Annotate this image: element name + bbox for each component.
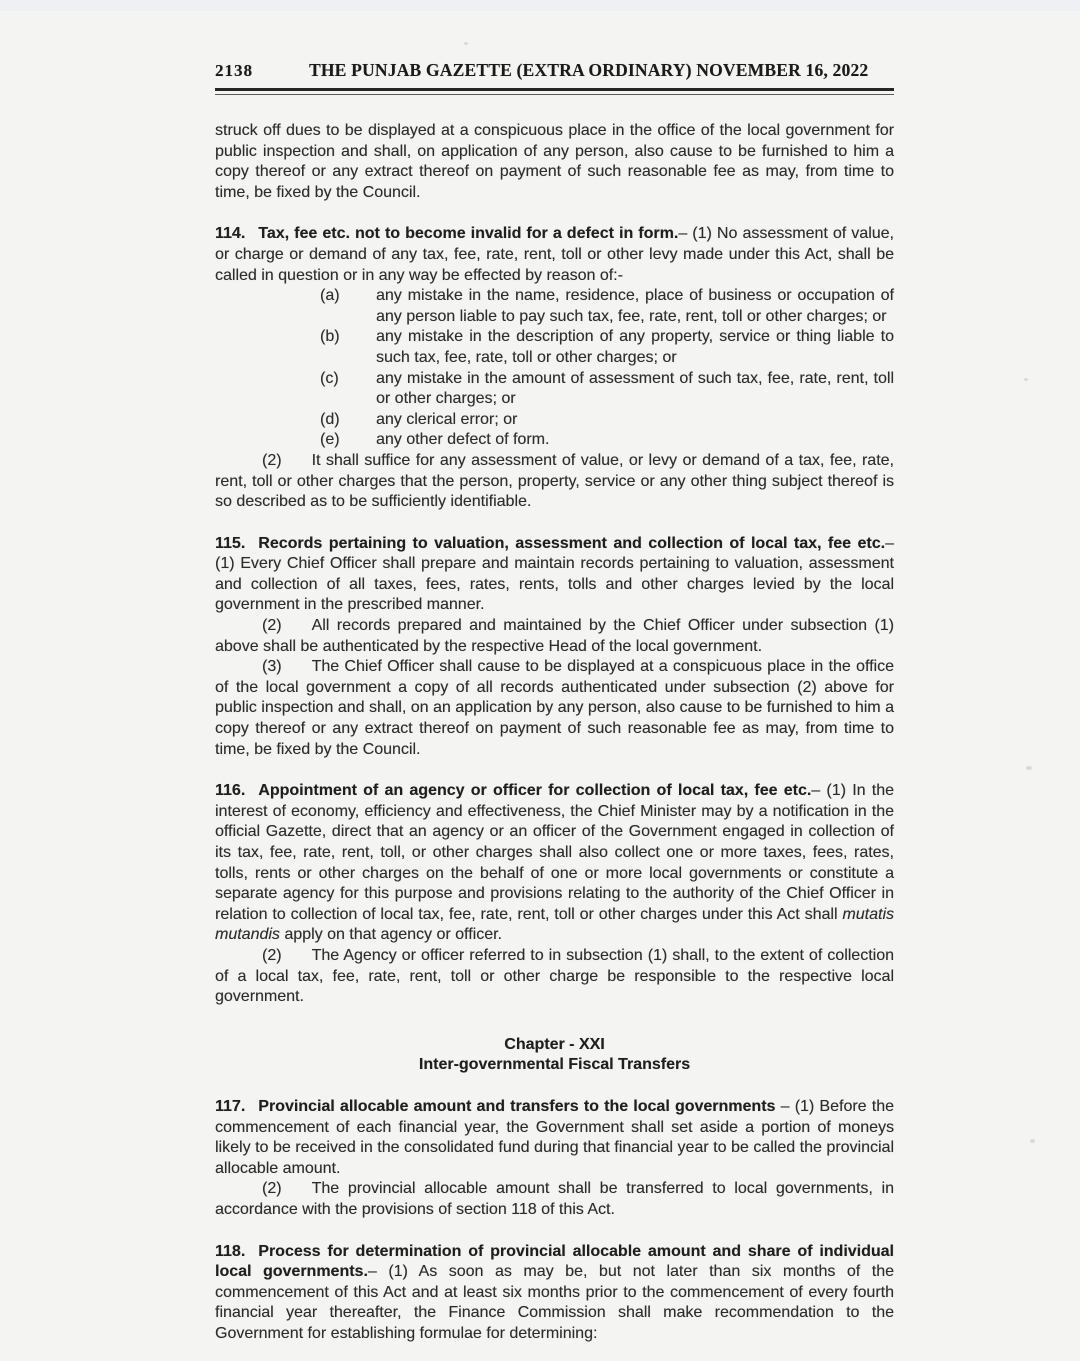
subsection-text: All records prepared and maintained by t… (215, 617, 894, 655)
section-117-heading: Provincial allocable amount and transfer… (258, 1098, 775, 1115)
section-114-number: 114. (215, 225, 258, 242)
section-116-lead-end: apply on that agency or officer. (280, 926, 502, 943)
section-115-number: 115. (215, 535, 258, 552)
section-114-subsection-2: (2)It shall suffice for any assessment o… (215, 451, 894, 513)
section-118-paragraph: 118.Process for determination of provinc… (215, 1242, 894, 1345)
subsection-number: (2) (262, 947, 312, 964)
section-115-subsection-3: (3)The Chief Officer shall cause to be d… (215, 657, 894, 760)
section-117-paragraph: 117.Provincial allocable amount and tran… (215, 1097, 894, 1179)
section-116-number: 116. (215, 782, 258, 799)
intro-text: struck off dues to be displayed at a con… (215, 122, 894, 201)
chapter-title: Inter-governmental Fiscal Transfers (215, 1055, 894, 1076)
list-item-label: (d) (320, 410, 376, 431)
list-item-text: any mistake in the amount of assessment … (376, 369, 894, 410)
list-item-text: any mistake in the name, residence, plac… (376, 286, 894, 327)
subsection-text: It shall suffice for any assessment of v… (215, 452, 894, 510)
list-item-label: (c) (320, 369, 376, 410)
subsection-number: (2) (262, 1180, 312, 1197)
list-item-c: (c) any mistake in the amount of assessm… (320, 369, 894, 410)
section-115-paragraph: 115.Records pertaining to valuation, ass… (215, 534, 894, 616)
section-114-heading: Tax, fee etc. not to become invalid for … (258, 225, 678, 242)
header-rule (215, 88, 894, 95)
scan-speck (1026, 766, 1032, 770)
scan-speck (1024, 378, 1028, 381)
list-item-d: (d) any clerical error; or (320, 410, 894, 431)
section-114-clause-list: (a) any mistake in the name, residence, … (320, 286, 894, 451)
list-item-text: any other defect of form. (376, 430, 894, 451)
scan-top-band (0, 0, 1080, 11)
list-item-e: (e) any other defect of form. (320, 430, 894, 451)
section-115-subsection-2: (2)All records prepared and maintained b… (215, 616, 894, 657)
scan-speck (464, 42, 468, 45)
list-item-b: (b) any mistake in the description of an… (320, 327, 894, 368)
section-118-number: 118. (215, 1243, 258, 1260)
section-116-lead: – (1) In the interest of economy, effici… (215, 782, 894, 923)
intro-paragraph: struck off dues to be displayed at a con… (215, 121, 894, 203)
scan-speck (1030, 1139, 1035, 1143)
list-item-a: (a) any mistake in the name, residence, … (320, 286, 894, 327)
subsection-number: (2) (262, 452, 312, 469)
subsection-number: (3) (262, 658, 312, 675)
subsection-text: The Agency or officer referred to in sub… (215, 947, 894, 1005)
gazette-title: THE PUNJAB GAZETTE (EXTRA ORDINARY) NOVE… (309, 60, 868, 81)
section-117-number: 117. (215, 1098, 258, 1115)
list-item-label: (b) (320, 327, 376, 368)
page-header: 2138 THE PUNJAB GAZETTE (EXTRA ORDINARY)… (215, 60, 894, 81)
scanned-gazette-page: 2138 THE PUNJAB GAZETTE (EXTRA ORDINARY)… (0, 0, 1080, 1361)
text-column: 2138 THE PUNJAB GAZETTE (EXTRA ORDINARY)… (215, 60, 894, 1344)
subsection-text: The Chief Officer shall cause to be disp… (215, 658, 894, 757)
list-item-label: (a) (320, 286, 376, 327)
section-114-paragraph: 114.Tax, fee etc. not to become invalid … (215, 224, 894, 286)
section-117-subsection-2: (2)The provincial allocable amount shall… (215, 1179, 894, 1220)
section-116-paragraph: 116.Appointment of an agency or officer … (215, 781, 894, 946)
section-115-heading: Records pertaining to valuation, assessm… (258, 535, 885, 552)
section-116-heading: Appointment of an agency or officer for … (258, 782, 811, 799)
chapter-number: Chapter - XXI (215, 1035, 894, 1056)
subsection-number: (2) (262, 617, 312, 634)
chapter-heading-block: Chapter - XXI Inter-governmental Fiscal … (215, 1035, 894, 1076)
section-116-subsection-2: (2)The Agency or officer referred to in … (215, 946, 894, 1008)
list-item-label: (e) (320, 430, 376, 451)
list-item-text: any clerical error; or (376, 410, 894, 431)
page-number: 2138 (215, 61, 309, 81)
list-item-text: any mistake in the description of any pr… (376, 327, 894, 368)
subsection-text: The provincial allocable amount shall be… (215, 1180, 894, 1218)
